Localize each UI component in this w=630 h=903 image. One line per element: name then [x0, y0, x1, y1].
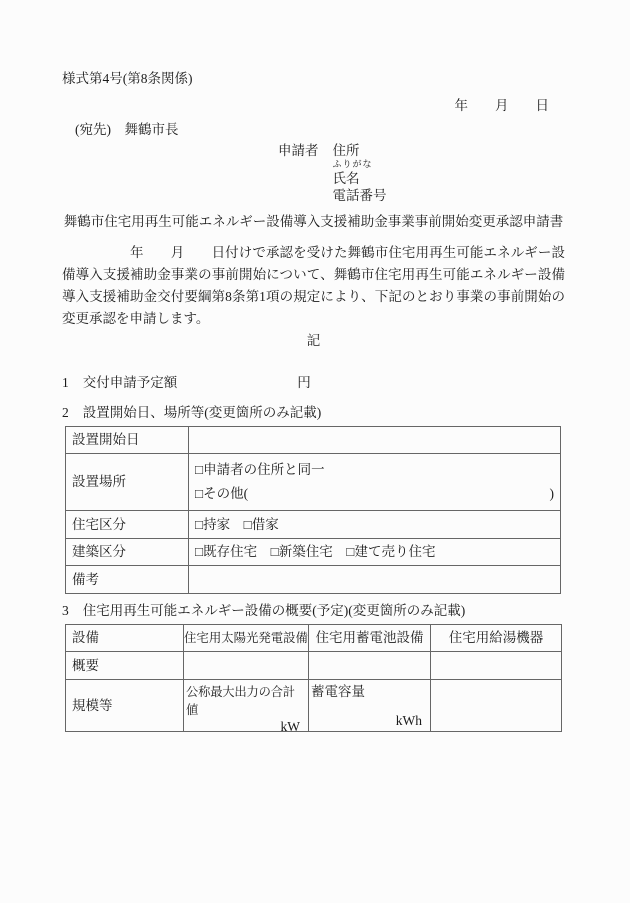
applicant-furigana-label: ふりがな: [333, 159, 387, 170]
equipment-table: 設備 住宅用太陽光発電設備 住宅用蓄電池設備 住宅用給湯機器 概要 規模等 公称…: [65, 624, 562, 732]
table-row-building-category: 建築区分 □既存住宅 □新築住宅 □建て売り住宅: [66, 539, 561, 566]
applicant-phone-label: 電話番号: [333, 187, 387, 204]
battery-kwh-unit: kWh: [396, 713, 428, 729]
section3-number: 3: [62, 602, 69, 620]
table-row-housing-category: 住宅区分 □持家 □借家: [66, 511, 561, 539]
yen-unit-label: 円: [297, 375, 311, 390]
scale-solar-cell: 公称最大出力の合計値 kW: [184, 680, 309, 732]
water-heater-col-header: 住宅用給湯機器: [431, 625, 562, 652]
location-option-other-close: ): [550, 482, 555, 506]
location-option-other-open: □その他(: [195, 482, 248, 506]
form-number: 様式第4号(第8条関係): [62, 70, 565, 88]
document-page: 様式第4号(第8条関係) 年 月 日 (宛先) 舞鶴市長 申請者 住所 ふりがな…: [0, 0, 630, 903]
section2-title: 設置開始日、場所等(変更箇所のみ記載): [83, 405, 322, 420]
section2-number: 2: [62, 404, 69, 422]
scale-battery-cell: 蓄電容量 kWh: [309, 680, 431, 732]
grant-amount-label: 交付申請予定額: [83, 375, 178, 390]
location-option-other: □その他( ): [195, 482, 554, 506]
building-category-label: 建築区分: [66, 539, 189, 566]
table-row-install-start-date: 設置開始日: [66, 427, 561, 454]
table-row-install-location: 設置場所 □申請者の住所と同一 □その他( ): [66, 454, 561, 511]
applicant-address-label: 住所: [333, 142, 387, 159]
installation-table: 設置開始日 設置場所 □申請者の住所と同一 □その他( ) 住宅区分 □持家 □…: [65, 426, 561, 594]
applicant-block: 申請者 住所 ふりがな 氏名 電話番号: [278, 142, 565, 204]
table-row-remarks: 備考: [66, 566, 561, 594]
scale-label: 規模等: [66, 680, 184, 732]
scale-row: 規模等 公称最大出力の合計値 kW 蓄電容量 kWh: [66, 680, 562, 732]
overview-solar-value: [184, 652, 309, 680]
body-paragraph: 年 月 日付けで承認を受けた舞鶴市住宅用再生可能エネルギー設備導入支援補助金事業…: [62, 242, 565, 330]
location-option-same: □申請者の住所と同一: [195, 458, 554, 482]
housing-category-label: 住宅区分: [66, 511, 189, 539]
building-category-options: □既存住宅 □新築住宅 □建て売り住宅: [189, 539, 561, 566]
housing-category-options: □持家 □借家: [189, 511, 561, 539]
solar-max-output-label: 公称最大出力の合計値: [186, 683, 306, 719]
grant-amount-line: 1交付申請予定額円: [62, 374, 565, 392]
remarks-value: [189, 566, 561, 594]
date-line: 年 月 日: [62, 97, 565, 115]
install-start-date-label: 設置開始日: [66, 427, 189, 454]
section1-number: 1: [62, 374, 69, 392]
battery-capacity-label: 蓄電容量: [311, 683, 365, 701]
section3-title: 住宅用再生可能エネルギー設備の概要(予定)(変更箇所のみ記載): [83, 603, 465, 618]
battery-col-header: 住宅用蓄電池設備: [309, 625, 431, 652]
applicant-label: 申請者: [278, 142, 319, 160]
overview-water-heater-value: [431, 652, 562, 680]
applicant-name-label: 氏名: [333, 170, 387, 187]
ki-marker: 記: [62, 330, 565, 352]
overview-row: 概要: [66, 652, 562, 680]
install-location-label: 設置場所: [66, 454, 189, 511]
document-title: 舞鶴市住宅用再生可能エネルギー設備導入支援補助金事業事前開始変更承認申請書: [62, 212, 565, 232]
addressee-line: (宛先) 舞鶴市長: [62, 121, 565, 139]
overview-label: 概要: [66, 652, 184, 680]
install-start-date-value: [189, 427, 561, 454]
section3-heading: 3住宅用再生可能エネルギー設備の概要(予定)(変更箇所のみ記載): [62, 602, 565, 620]
remarks-label: 備考: [66, 566, 189, 594]
scale-water-heater-value: [431, 680, 562, 732]
install-location-options: □申請者の住所と同一 □その他( ): [189, 454, 561, 511]
equipment-header-row: 設備 住宅用太陽光発電設備 住宅用蓄電池設備 住宅用給湯機器: [66, 625, 562, 652]
solar-kw-unit: kW: [281, 719, 307, 735]
overview-battery-value: [309, 652, 431, 680]
equipment-col-header: 設備: [66, 625, 184, 652]
solar-col-header: 住宅用太陽光発電設備: [184, 625, 309, 652]
applicant-fields: 住所 ふりがな 氏名 電話番号: [333, 142, 387, 204]
section2-heading: 2設置開始日、場所等(変更箇所のみ記載): [62, 404, 565, 422]
